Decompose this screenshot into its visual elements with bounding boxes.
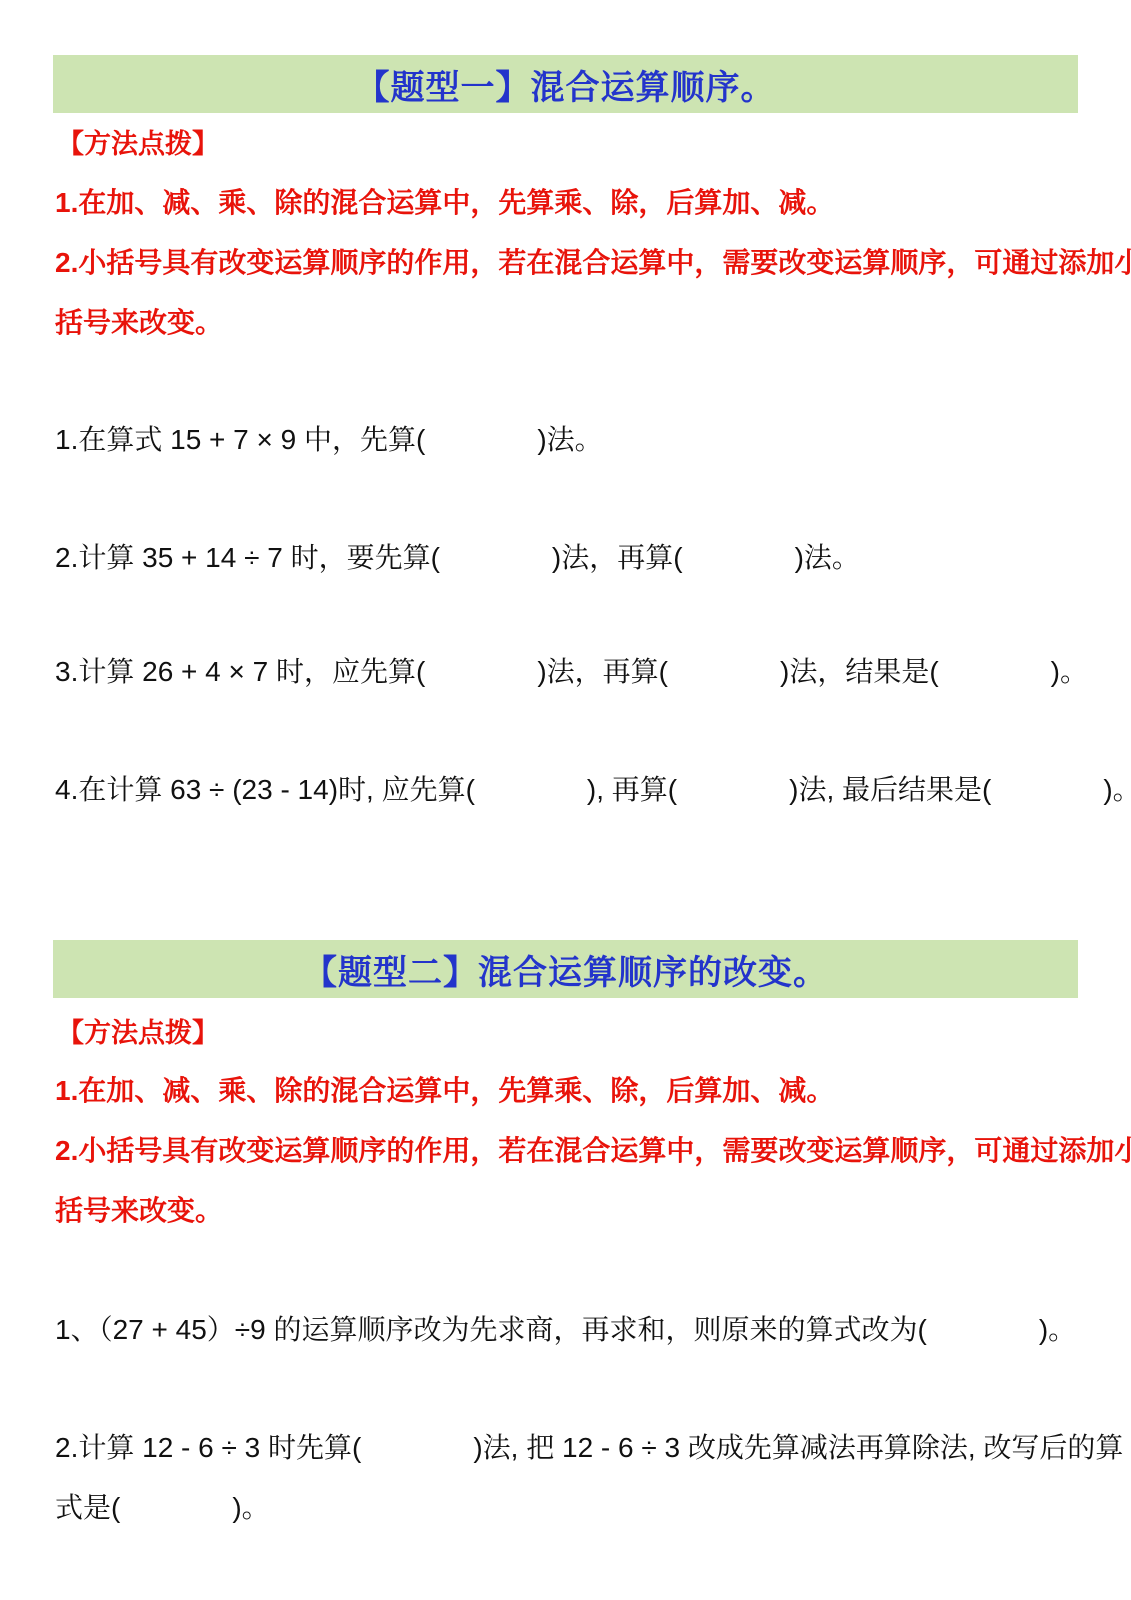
section2-tip-line-2: 2.小括号具有改变运算顺序的作用，若在混合运算中，需要改变运算顺序，可通过添加小: [55, 1121, 1115, 1181]
section2-tips-header: 【方法点拨】: [57, 1016, 219, 1050]
section1-question-2-text: 2.计算 35 + 14 ÷ 7 时，要先算( )法，再算( )法。: [55, 528, 1125, 588]
section1-tip-line-1: 1.在加、减、乘、除的混合运算中，先算乘、除，后算加、减。: [55, 173, 1115, 233]
section1-banner-title: 【题型一】混合运算顺序。: [356, 60, 776, 109]
section1-question-1: 1.在算式 15 + 7 × 9 中，先算( )法。: [55, 410, 1125, 470]
section1-question-3: 3.计算 26 + 4 × 7 时，应先算( )法，再算( )法，结果是( )。: [55, 642, 1125, 702]
section1-question-2: 2.计算 35 + 14 ÷ 7 时，要先算( )法，再算( )法。: [55, 528, 1125, 588]
section1-question-4: 4.在计算 63 ÷ (23 - 14)时, 应先算( ), 再算( )法, 最…: [55, 760, 1125, 820]
section2-question-2: 2.计算 12 - 6 ÷ 3 时先算( )法, 把 12 - 6 ÷ 3 改成…: [55, 1418, 1125, 1538]
section2-banner-title: 【题型二】混合运算顺序的改变。: [303, 945, 828, 994]
section2-tip-line-3: 括号来改变。: [55, 1181, 1115, 1241]
section1-banner: 【题型一】混合运算顺序。: [53, 55, 1078, 113]
section2-question-2-text-line-2: 式是( )。: [55, 1478, 1125, 1538]
section2-tip-line-1: 1.在加、减、乘、除的混合运算中，先算乘、除，后算加、减。: [55, 1061, 1115, 1121]
section2-question-1-text: 1、（27 + 45）÷9 的运算顺序改为先求商，再求和，则原来的算式改为( )…: [55, 1300, 1125, 1360]
section1-question-1-text: 1.在算式 15 + 7 × 9 中，先算( )法。: [55, 410, 1125, 470]
section1-tips-header: 【方法点拨】: [57, 127, 219, 161]
section1-question-4-text: 4.在计算 63 ÷ (23 - 14)时, 应先算( ), 再算( )法, 最…: [55, 760, 1125, 820]
section1-tip-line-3: 括号来改变。: [55, 293, 1115, 353]
worksheet-page: 【题型一】混合运算顺序。 【方法点拨】 1.在加、减、乘、除的混合运算中，先算乘…: [0, 0, 1131, 1600]
section2-question-2-text-line-1: 2.计算 12 - 6 ÷ 3 时先算( )法, 把 12 - 6 ÷ 3 改成…: [55, 1418, 1125, 1478]
section2-banner: 【题型二】混合运算顺序的改变。: [53, 940, 1078, 998]
section1-tip-line-2: 2.小括号具有改变运算顺序的作用，若在混合运算中，需要改变运算顺序，可通过添加小: [55, 233, 1115, 293]
section1-question-3-text: 3.计算 26 + 4 × 7 时，应先算( )法，再算( )法，结果是( )。: [55, 642, 1125, 702]
section2-tips: 1.在加、减、乘、除的混合运算中，先算乘、除，后算加、减。 2.小括号具有改变运…: [55, 1061, 1115, 1241]
section2-question-1: 1、（27 + 45）÷9 的运算顺序改为先求商，再求和，则原来的算式改为( )…: [55, 1300, 1125, 1360]
section1-tips: 1.在加、减、乘、除的混合运算中，先算乘、除，后算加、减。 2.小括号具有改变运…: [55, 173, 1115, 353]
